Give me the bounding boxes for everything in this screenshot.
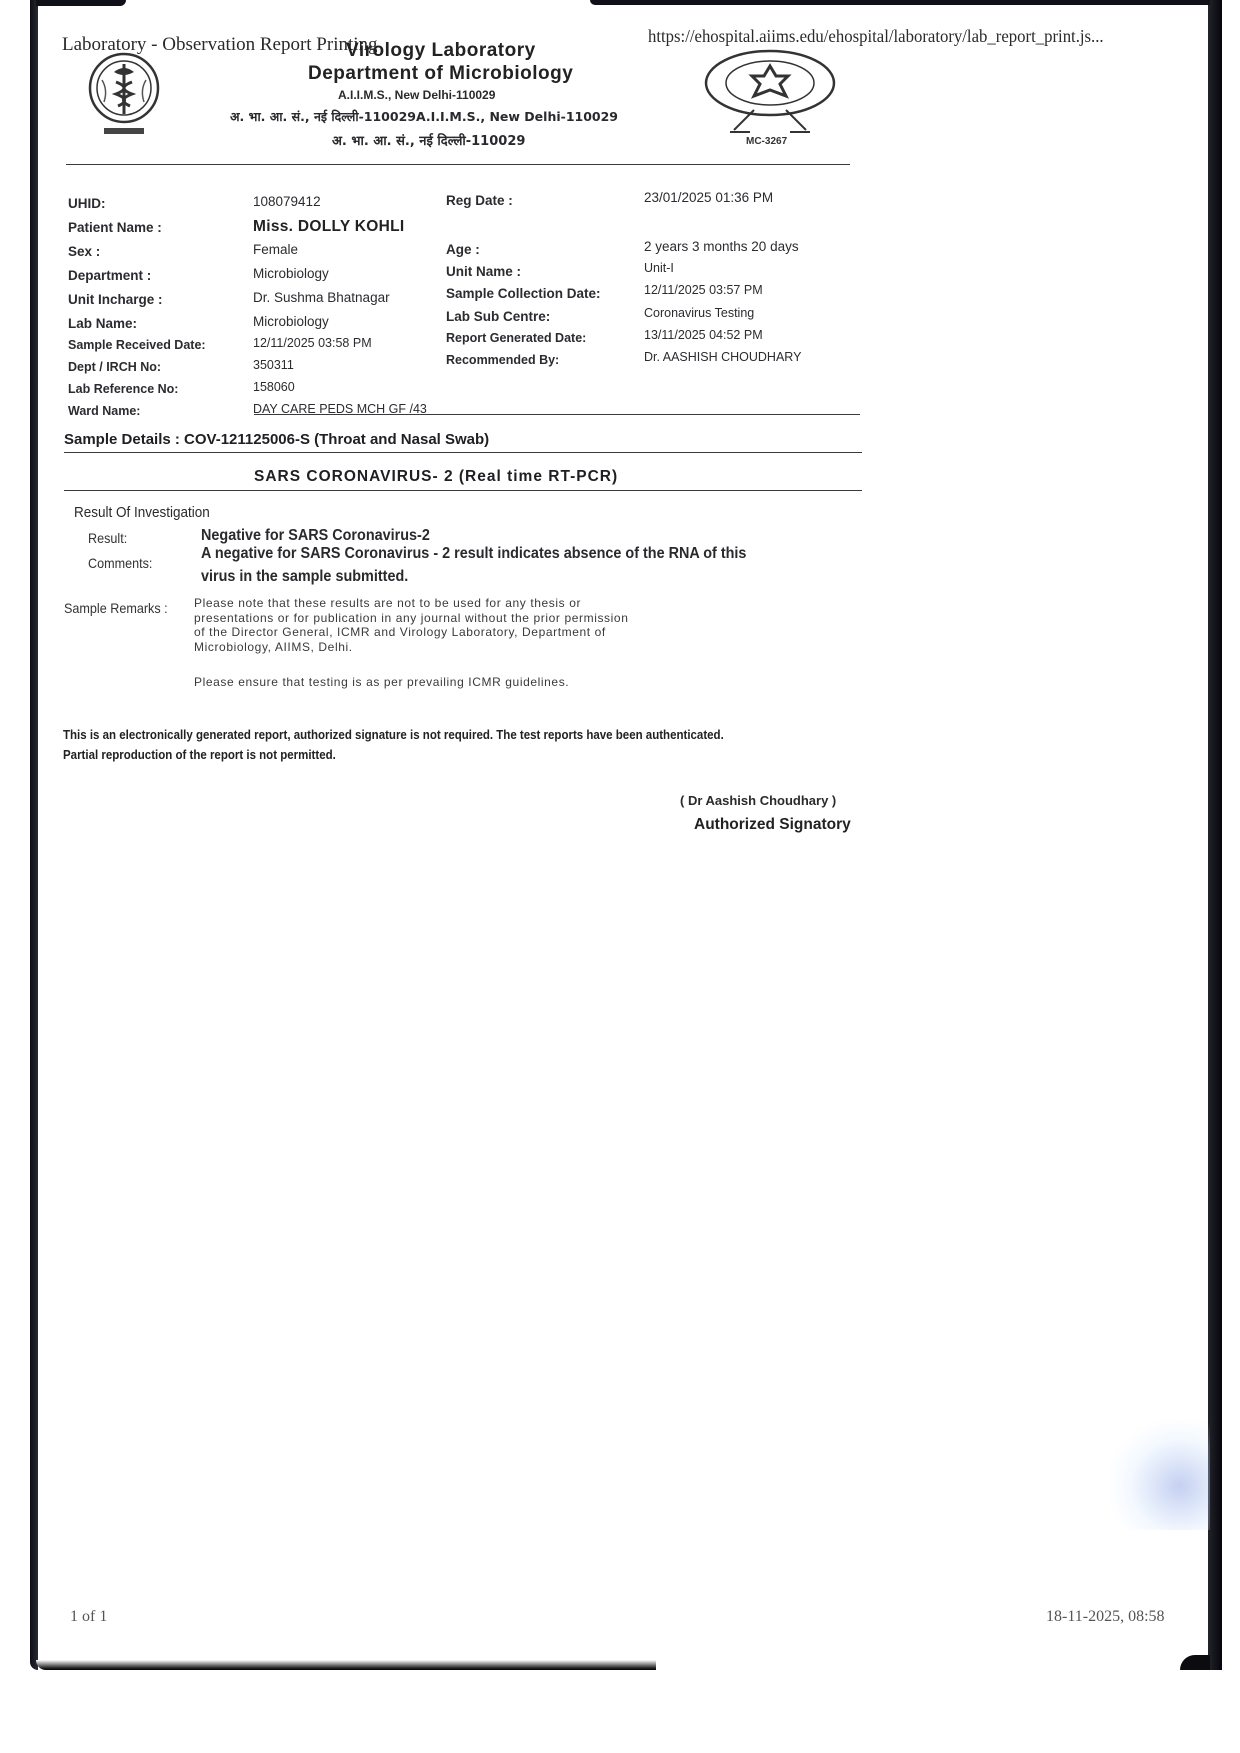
remarks-label: Sample Remarks : (64, 600, 168, 616)
nabl-caption: MC-3267 (746, 136, 787, 147)
field-value: Female (253, 242, 298, 257)
page-number: 1 of 1 (70, 1608, 107, 1626)
field-label: Dept / IRCH No: (68, 360, 161, 374)
lab-name: Virology Laboratory (346, 40, 536, 62)
disclaimer-line-2: Partial reproduction of the report is no… (63, 748, 336, 762)
address-hindi: अ. भा. आ. सं., नई दिल्ली-110029 (332, 131, 525, 149)
field-label: Unit Name : (446, 264, 521, 279)
scan-edge-top (36, 0, 126, 6)
field-label: Recommended By: (446, 353, 559, 367)
nabl-logo-icon (700, 48, 840, 148)
result-label: Result: (88, 530, 127, 546)
signatory-name: ( Dr Aashish Choudhary ) (680, 793, 836, 808)
field-value: 2 years 3 months 20 days (644, 239, 799, 254)
field-label: Lab Name: (68, 316, 137, 331)
result-heading: Result Of Investigation (74, 504, 210, 521)
field-value: Microbiology (253, 314, 329, 329)
field-label: Age : (446, 242, 480, 257)
print-timestamp: 18-11-2025, 08:58 (1046, 1608, 1165, 1626)
address-english: A.I.I.M.S., New Delhi-110029 (338, 88, 495, 102)
field-label: Patient Name : (68, 220, 162, 235)
report-page (38, 5, 1208, 1660)
field-value: 108079412 (253, 194, 321, 209)
remarks-paragraph-2: Please ensure that testing is as per pre… (194, 675, 569, 689)
scan-edge-bottom (36, 1660, 656, 1670)
field-label: Lab Reference No: (68, 382, 178, 396)
field-value: Coronavirus Testing (644, 306, 754, 320)
field-value: 23/01/2025 01:36 PM (644, 190, 773, 205)
field-value: 13/11/2025 04:52 PM (644, 328, 763, 342)
field-label: Sample Collection Date: (446, 286, 601, 301)
field-label: Sex : (68, 244, 100, 259)
field-label: Reg Date : (446, 193, 513, 208)
field-value: 12/11/2025 03:58 PM (253, 336, 372, 350)
address-bilingual: अ. भा. आ. सं., नई दिल्ली-110029A.I.I.M.S… (230, 108, 618, 125)
field-label: Sample Received Date: (68, 338, 206, 352)
field-label: Lab Sub Centre: (446, 309, 550, 324)
scan-margin (0, 0, 32, 1753)
scan-edge-left (30, 0, 38, 1670)
divider (254, 414, 860, 415)
field-value: Dr. Sushma Bhatnagar (253, 290, 390, 305)
field-label: Ward Name: (68, 404, 140, 418)
field-value: 350311 (253, 358, 294, 372)
aiims-logo-icon (86, 50, 162, 140)
signatory-title: Authorized Signatory (694, 816, 851, 834)
divider (64, 452, 862, 453)
field-value: 158060 (253, 380, 295, 394)
field-label: Report Generated Date: (446, 331, 586, 345)
print-header-url: https://ehospital.aiims.edu/ehospital/la… (648, 26, 1104, 47)
test-title: SARS CORONAVIRUS- 2 (Real time RT-PCR) (254, 468, 618, 486)
divider (64, 490, 862, 491)
field-label: Department : (68, 268, 151, 283)
field-value: Microbiology (253, 266, 329, 281)
result-value: Negative for SARS Coronavirus-2 (201, 527, 430, 545)
comments-line-2: virus in the sample submitted. (201, 568, 408, 586)
comments-line-1: A negative for SARS Coronavirus - 2 resu… (201, 545, 746, 563)
remarks-paragraph-1: Please note that these results are not t… (194, 596, 634, 654)
field-label: Unit Incharge : (68, 292, 163, 307)
field-label: UHID: (68, 196, 106, 211)
field-value: Miss. DOLLY KOHLI (253, 218, 405, 236)
disclaimer-line-1: This is an electronically generated repo… (63, 728, 724, 742)
scan-edge-right (1208, 0, 1222, 1670)
sample-details: Sample Details : COV-121125006-S (Throat… (64, 431, 489, 448)
department-name: Department of Microbiology (308, 63, 573, 85)
field-value: Unit-I (644, 261, 674, 275)
divider (66, 164, 850, 165)
scan-edge-top (590, 0, 1210, 5)
scan-shadow (1110, 1420, 1210, 1530)
field-value: Dr. AASHISH CHOUDHARY (644, 350, 801, 364)
comments-label: Comments: (88, 555, 152, 571)
field-value: 12/11/2025 03:57 PM (644, 283, 763, 297)
